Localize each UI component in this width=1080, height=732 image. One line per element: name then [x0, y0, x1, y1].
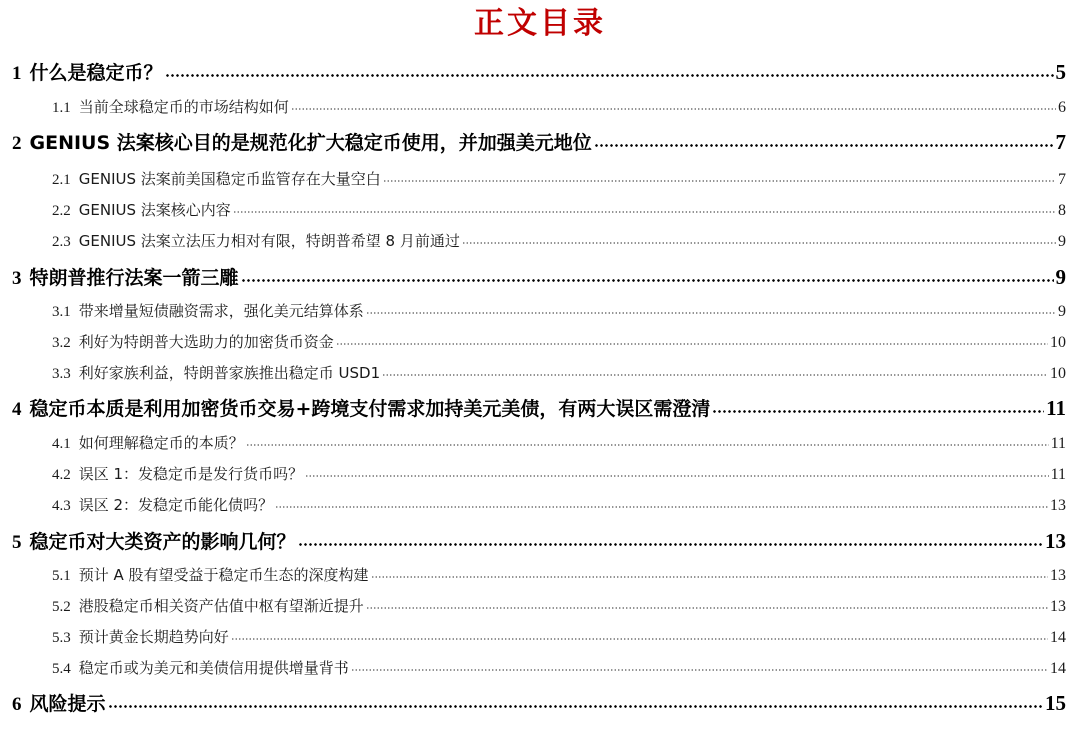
toc-entry-text: 预计黄金长期趋势向好 [79, 628, 229, 646]
toc-entry-text: GENIUS 法案核心内容 [79, 201, 231, 219]
toc-section-entry[interactable]: 4.2误区 1：发稳定币是发行货币吗？11 [52, 463, 1066, 489]
dot-leader [336, 332, 1048, 347]
toc-page-number: 5 [1056, 60, 1067, 85]
toc-entry-label: 4.2误区 1：发稳定币是发行货币吗？ [52, 463, 303, 484]
toc-page-number: 14 [1050, 629, 1066, 647]
toc-page-number: 9 [1056, 265, 1067, 290]
toc-entry-number: 2.1 [52, 172, 71, 188]
toc-entry-text: GENIUS 法案前美国稳定币监管存在大量空白 [79, 170, 381, 188]
toc-section-entry[interactable]: 3.1带来增量短债融资需求，强化美元结算体系9 [52, 300, 1066, 326]
toc-entry-number: 6 [12, 694, 22, 715]
toc-section-entry[interactable]: 2.3GENIUS 法案立法压力相对有限，特朗普希望 8 月前通过9 [52, 230, 1066, 256]
toc-entry-number: 5 [12, 532, 22, 553]
dot-leader [462, 231, 1056, 246]
toc-entry-text: 利好家族利益，特朗普家族推出稳定币 USD1 [79, 364, 380, 382]
toc-entry-number: 4 [12, 399, 22, 420]
toc-page-number: 13 [1050, 598, 1066, 616]
toc-entry-text: 利好为特朗普大选助力的加密货币资金 [79, 333, 334, 351]
toc-page-number: 6 [1058, 99, 1066, 117]
toc-entry-text: 当前全球稳定币的市场结构如何 [79, 98, 289, 116]
toc-entry-label: 3特朗普推行法案一箭三雕 [12, 263, 239, 290]
toc-page-number: 11 [1051, 435, 1066, 453]
toc-entry-text: 如何理解稳定币的本质？ [79, 434, 244, 452]
dot-leader [275, 495, 1048, 510]
toc-entry-label: 6风险提示 [12, 689, 106, 716]
toc-entry-label: 1.1当前全球稳定币的市场结构如何 [52, 96, 289, 117]
toc-page-number: 13 [1050, 497, 1066, 515]
toc-section-entry[interactable]: 5.4稳定币或为美元和美债信用提供增量背书14 [52, 657, 1066, 683]
toc-entry-number: 3.3 [52, 366, 71, 382]
toc-entry-number: 1 [12, 63, 22, 84]
toc-entry-text: 稳定币或为美元和美债信用提供增量背书 [79, 659, 349, 677]
toc-entry-label: 4稳定币本质是利用加密货币交易+跨境支付需求加持美元美债，有两大误区需澄清 [12, 394, 710, 421]
toc-entry-number: 3.2 [52, 335, 71, 351]
toc-entry-label: 5.4稳定币或为美元和美债信用提供增量背书 [52, 657, 349, 678]
toc-title: 正文目录 [0, 4, 1080, 44]
toc-page-number: 10 [1050, 334, 1066, 352]
toc-page-number: 9 [1058, 303, 1066, 321]
toc-entry-label: 4.1如何理解稳定币的本质？ [52, 432, 244, 453]
dot-leader [383, 169, 1056, 184]
dot-leader [298, 529, 1043, 548]
toc-chapter-entry[interactable]: 5稳定币对大类资产的影响几何？13 [12, 527, 1066, 557]
toc-section-entry[interactable]: 2.1GENIUS 法案前美国稳定币监管存在大量空白7 [52, 168, 1066, 194]
toc-chapter-entry[interactable]: 6风险提示15 [12, 689, 1066, 719]
toc-section-entry[interactable]: 3.3利好家族利益，特朗普家族推出稳定币 USD110 [52, 362, 1066, 388]
toc-page-number: 7 [1056, 130, 1067, 155]
toc-page-number: 13 [1045, 529, 1066, 554]
dot-leader [712, 396, 1044, 415]
toc-entry-text: 特朗普推行法案一箭三雕 [30, 267, 239, 289]
toc-entry-number: 1.1 [52, 100, 71, 116]
toc-entry-label: 2.3GENIUS 法案立法压力相对有限，特朗普希望 8 月前通过 [52, 230, 460, 251]
dot-leader [165, 60, 1054, 79]
toc-entry-number: 5.3 [52, 630, 71, 646]
dot-leader [594, 130, 1054, 149]
toc-page-number: 9 [1058, 233, 1066, 251]
toc-section-entry[interactable]: 3.2利好为特朗普大选助力的加密货币资金10 [52, 331, 1066, 357]
dot-leader [382, 363, 1048, 378]
toc-section-entry[interactable]: 5.1预计 A 股有望受益于稳定币生态的深度构建13 [52, 564, 1066, 590]
toc-page-number: 7 [1058, 171, 1066, 189]
toc-entry-label: 3.3利好家族利益，特朗普家族推出稳定币 USD1 [52, 362, 380, 383]
toc-entry-number: 5.1 [52, 568, 71, 584]
toc-page-number: 11 [1046, 396, 1066, 421]
toc-entry-label: 5.2港股稳定币相关资产估值中枢有望渐近提升 [52, 595, 364, 616]
toc-entry-text: GENIUS 法案立法压力相对有限，特朗普希望 8 月前通过 [79, 232, 460, 250]
toc-entry-number: 4.2 [52, 467, 71, 483]
toc-entry-number: 4.3 [52, 498, 71, 514]
toc-chapter-entry[interactable]: 4稳定币本质是利用加密货币交易+跨境支付需求加持美元美债，有两大误区需澄清11 [12, 394, 1066, 424]
toc-entry-text: 稳定币对大类资产的影响几何？ [30, 531, 296, 553]
toc-section-entry[interactable]: 1.1当前全球稳定币的市场结构如何6 [52, 96, 1066, 122]
toc-entry-number: 2 [12, 133, 22, 154]
toc-page-number: 15 [1045, 691, 1066, 716]
toc-entry-number: 4.1 [52, 436, 71, 452]
toc-entry-label: 3.2利好为特朗普大选助力的加密货币资金 [52, 331, 334, 352]
toc-entry-label: 5稳定币对大类资产的影响几何？ [12, 527, 296, 554]
toc-section-entry[interactable]: 4.3误区 2：发稳定币能化债吗？13 [52, 494, 1066, 520]
toc-chapter-entry[interactable]: 2GENIUS 法案核心目的是规范化扩大稳定币使用，并加强美元地位7 [12, 128, 1066, 158]
toc-page-number: 10 [1050, 365, 1066, 383]
toc-entry-number: 2.3 [52, 234, 71, 250]
toc-section-entry[interactable]: 5.2港股稳定币相关资产估值中枢有望渐近提升13 [52, 595, 1066, 621]
dot-leader [246, 433, 1049, 448]
toc-chapter-entry[interactable]: 1什么是稳定币？5 [12, 58, 1066, 88]
toc-entry-label: 1什么是稳定币？ [12, 58, 163, 85]
toc-entry-label: 5.3预计黄金长期趋势向好 [52, 626, 229, 647]
dot-leader [351, 658, 1048, 673]
dot-leader [231, 627, 1048, 642]
toc-entry-label: 5.1预计 A 股有望受益于稳定币生态的深度构建 [52, 564, 369, 585]
toc-entry-label: 2.2GENIUS 法案核心内容 [52, 199, 231, 220]
toc-entry-text: 什么是稳定币？ [30, 62, 163, 84]
dot-leader [366, 301, 1056, 316]
dot-leader [371, 565, 1048, 580]
toc-entry-label: 2.1GENIUS 法案前美国稳定币监管存在大量空白 [52, 168, 381, 189]
toc-chapter-entry[interactable]: 3特朗普推行法案一箭三雕9 [12, 263, 1066, 293]
toc-entry-label: 2GENIUS 法案核心目的是规范化扩大稳定币使用，并加强美元地位 [12, 128, 592, 155]
toc-entry-text: 稳定币本质是利用加密货币交易+跨境支付需求加持美元美债，有两大误区需澄清 [30, 398, 711, 420]
dot-leader [108, 691, 1043, 710]
dot-leader [305, 464, 1049, 479]
toc-section-entry[interactable]: 4.1如何理解稳定币的本质？11 [52, 432, 1066, 458]
toc-entry-number: 5.2 [52, 599, 71, 615]
dot-leader [291, 97, 1056, 112]
toc-entry-text: 预计 A 股有望受益于稳定币生态的深度构建 [79, 566, 369, 584]
toc-entry-text: 误区 2：发稳定币能化债吗？ [79, 496, 273, 514]
toc-page-number: 8 [1058, 202, 1066, 220]
toc-entry-text: 港股稳定币相关资产估值中枢有望渐近提升 [79, 597, 364, 615]
toc-section-entry[interactable]: 5.3预计黄金长期趋势向好14 [52, 626, 1066, 652]
toc-entry-text: 风险提示 [30, 693, 106, 715]
dot-leader [241, 265, 1054, 284]
toc-entry-text: 带来增量短债融资需求，强化美元结算体系 [79, 302, 364, 320]
toc-entry-label: 4.3误区 2：发稳定币能化债吗？ [52, 494, 273, 515]
toc-page-number: 11 [1051, 466, 1066, 484]
dot-leader [366, 596, 1048, 611]
toc-page-number: 13 [1050, 567, 1066, 585]
toc-page-number: 14 [1050, 660, 1066, 678]
toc-entry-text: 误区 1：发稳定币是发行货币吗？ [79, 465, 303, 483]
toc-section-entry[interactable]: 2.2GENIUS 法案核心内容8 [52, 199, 1066, 225]
toc-entry-number: 2.2 [52, 203, 71, 219]
toc-entry-number: 3 [12, 268, 22, 289]
dot-leader [233, 200, 1056, 215]
toc-entry-text: GENIUS 法案核心目的是规范化扩大稳定币使用，并加强美元地位 [30, 132, 592, 154]
toc-entry-number: 5.4 [52, 661, 71, 677]
toc-entry-number: 3.1 [52, 304, 71, 320]
toc-entry-label: 3.1带来增量短债融资需求，强化美元结算体系 [52, 300, 364, 321]
